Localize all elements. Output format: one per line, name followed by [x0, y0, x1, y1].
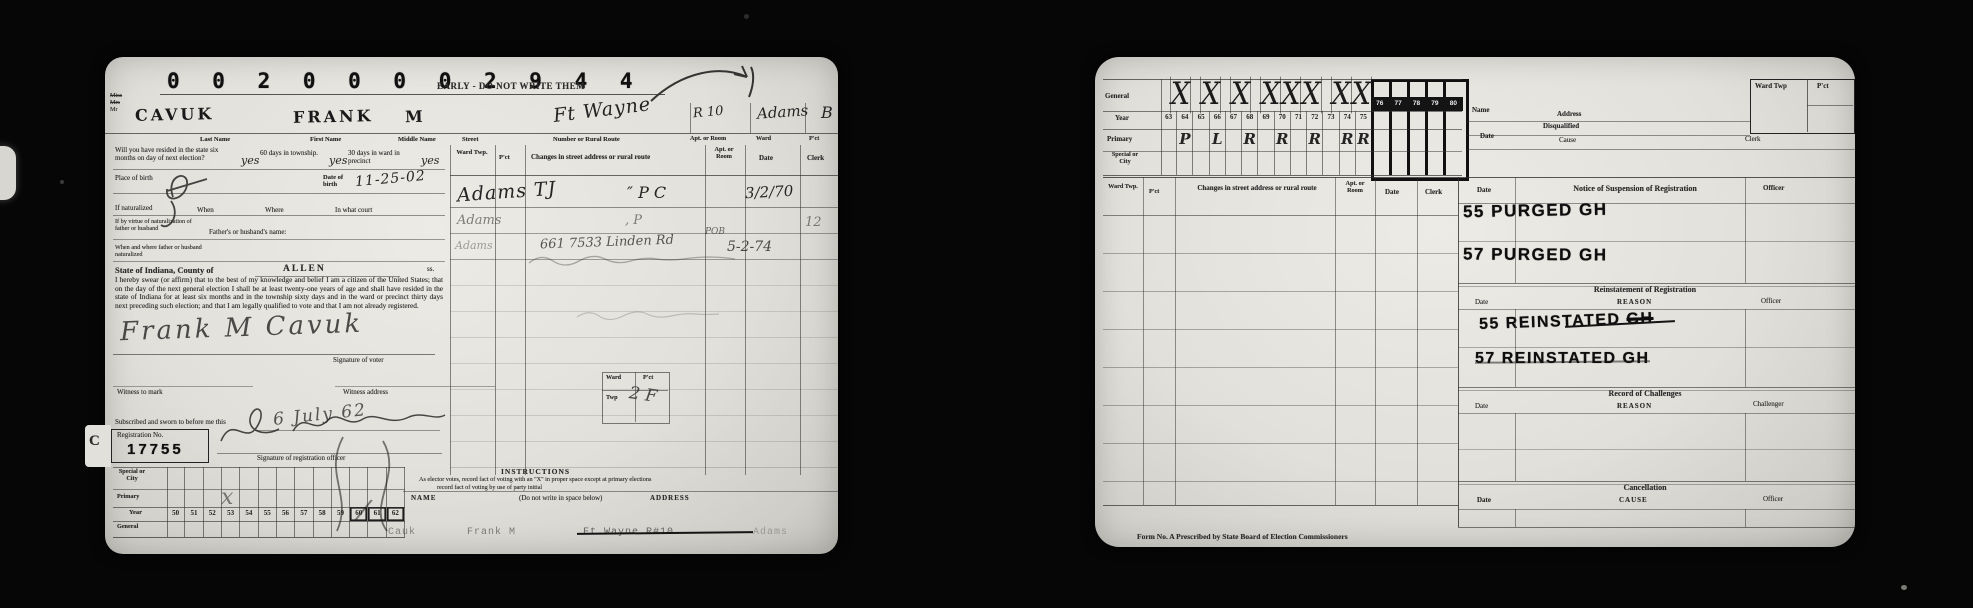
grid-cell [1258, 129, 1274, 151]
rule [1103, 215, 1458, 216]
label-ward: Ward [756, 136, 771, 143]
rule [450, 145, 451, 475]
rule [1375, 177, 1376, 505]
grid-cell: X [1301, 77, 1321, 114]
label-cause: Cause [1559, 137, 1576, 145]
label-signature-of-voter: Signature of voter [333, 357, 384, 365]
rule [1103, 129, 1462, 130]
grid-cell [295, 467, 313, 489]
grid-cell: X [1231, 77, 1251, 114]
grid-cell [387, 467, 405, 489]
rule [1161, 79, 1162, 175]
grid-cell [185, 489, 203, 507]
label-if-naturalized: If naturalized [115, 205, 153, 213]
grid-cell [1177, 151, 1193, 175]
grid-cell [259, 521, 277, 537]
label-where: Where [265, 207, 284, 215]
grid-cell: 74 [1340, 111, 1356, 129]
grid-cell: 71 [1291, 111, 1307, 129]
grid-cell: 64 [1177, 111, 1193, 129]
rule [450, 259, 838, 260]
grid-cell [332, 521, 350, 537]
th-ward-twp: Ward Twp. [1107, 184, 1139, 191]
grid-cell [1161, 151, 1177, 175]
th-clerk: Clerk [1425, 189, 1442, 197]
rule [1745, 509, 1746, 527]
answer-2: yes [329, 154, 347, 167]
grid-cell: X [1171, 77, 1191, 114]
grid-label-special: Special or City [117, 469, 147, 483]
grid-cell [314, 467, 332, 489]
rule [745, 145, 746, 475]
mini-ward-label: Ward [606, 375, 621, 382]
label-naturalization-father: If by virtue of naturalization of father… [115, 219, 203, 233]
rule [1103, 481, 1458, 482]
grid-cell [1356, 151, 1372, 175]
th-changes: Changes in street address or rural route [531, 154, 703, 162]
rule [160, 94, 665, 95]
pencil-scribble [573, 305, 743, 325]
cancellation-date-label: Date [1477, 497, 1491, 505]
voter-signature: Frank M Cavuk [120, 309, 364, 347]
grid-cell [368, 521, 386, 537]
rule [113, 386, 253, 387]
rule [113, 193, 445, 194]
th-date: Date [1385, 189, 1399, 197]
grid-label-primary: Primary [117, 494, 139, 501]
grid-cell [332, 467, 350, 489]
rule [1745, 177, 1746, 283]
label-subscribed-sworn: Subscribed and sworn to before me this [115, 419, 226, 427]
typed-first-name: Frank M [467, 527, 516, 538]
grid-cell [259, 489, 277, 507]
grid-cell: 54 [240, 507, 258, 521]
rule [1458, 241, 1855, 242]
rule [602, 390, 668, 391]
film-speck [744, 14, 749, 19]
rule [1467, 149, 1855, 150]
rule [1103, 505, 1458, 506]
rule [1458, 387, 1855, 388]
rule [525, 145, 526, 475]
label-date-of-birth: Date of birth [323, 175, 355, 189]
grid-cell [204, 489, 222, 507]
written-last-name: CAVUK [135, 104, 215, 125]
rule [495, 145, 496, 475]
label-ward-twp: Ward Twp [1755, 83, 1789, 91]
grid-label-special: Special or City [1109, 152, 1141, 166]
th-date: Date [759, 155, 773, 163]
rule [1103, 291, 1458, 292]
grid-cell [368, 489, 386, 507]
bold-year-divider [1425, 79, 1428, 175]
grid-cell: 73 [1323, 111, 1339, 129]
reinstated-stamp-57: 57 REINSTATED GH [1475, 350, 1650, 368]
grid-cell: R [1275, 129, 1291, 151]
rule [1515, 309, 1516, 387]
grid-cell [240, 489, 258, 507]
label-father-husband-name: Father's or husband's name: [209, 229, 286, 237]
grid-cell [1251, 77, 1261, 114]
answer-3: yes [421, 154, 439, 167]
grid-cell [277, 521, 295, 537]
rule [1458, 390, 1855, 391]
grid-cell: 67 [1226, 111, 1242, 129]
rule [450, 175, 838, 176]
th-pct: P'ct [1149, 189, 1159, 196]
challenges-challenger-label: Challenger [1753, 401, 1784, 409]
th-changes: Changes in street address or rural route [1183, 185, 1331, 193]
reinstatement-officer-label: Officer [1761, 298, 1781, 306]
rule [450, 363, 838, 364]
grid-cell [277, 489, 295, 507]
grid-row-special [167, 467, 405, 489]
grid-cell [1161, 77, 1171, 114]
grid-row-general-marks: XXXXXXXX [1161, 79, 1372, 111]
grid-cell [1340, 151, 1356, 175]
rule [217, 453, 442, 454]
rule [1458, 509, 1855, 510]
grid-cell [295, 489, 313, 507]
grid-cell [1221, 77, 1231, 114]
challenges-title: Record of Challenges [1555, 390, 1735, 399]
grid-cell: 66 [1210, 111, 1226, 129]
grid-label-primary: Primary [1107, 136, 1132, 144]
rule [1458, 413, 1855, 414]
grid-cell: 57 [295, 507, 313, 521]
voter-registration-card-front: 0 0 2 0 0 0 0 2 9 4 4 EARLY - DO NOT WRI… [105, 57, 838, 554]
bold-year-divider [1389, 79, 1392, 175]
affidavit-text: I hereby swear (or affirm) that to the b… [115, 276, 443, 310]
challenges-reason-label: REASON [1617, 403, 1652, 411]
pencil-scribble [525, 249, 760, 271]
written-first-name: FRANK [293, 106, 374, 127]
rule [450, 285, 838, 286]
label-corner-pct: P'ct [1817, 83, 1829, 91]
county-value: ALLEN [283, 264, 326, 275]
grid-cell: X [1352, 77, 1372, 114]
rule [1458, 484, 1855, 485]
grid-cell: X [1332, 77, 1352, 114]
rule [113, 537, 405, 538]
rule [450, 337, 838, 338]
label-witness-to-mark: Witness to mark [117, 389, 163, 397]
rule [805, 103, 806, 133]
rule [1515, 509, 1516, 527]
grid-cell: 56 [277, 507, 295, 521]
cancellation-title: Cancellation [1565, 484, 1725, 493]
written-date-of-birth: 11-25-02 [354, 168, 426, 190]
grid-cell [167, 521, 185, 537]
rule [113, 215, 445, 216]
rule [1143, 177, 1144, 505]
question-60-days: 60 days in township. [260, 150, 328, 158]
rule [450, 467, 838, 468]
question-resided-state: Will you have resided in the state six m… [115, 147, 237, 163]
rule [403, 491, 838, 492]
rule [750, 103, 751, 133]
grid-cell: 70 [1275, 111, 1291, 129]
do-not-write-notice: EARLY - DO NOT WRITE THEM [437, 81, 585, 91]
rule [1745, 413, 1746, 481]
label-in-what-court: In what court [335, 207, 372, 215]
rule [113, 261, 445, 262]
voter-registration-card-back: General Year Primary Special or City XXX… [1095, 57, 1855, 547]
suspension-officer-label: Officer [1763, 185, 1784, 193]
grid-cell: 75 [1356, 111, 1372, 129]
grid-cell [167, 467, 185, 489]
row2-changes-written: , P [625, 213, 642, 228]
grid-cell: 63 [1161, 111, 1177, 129]
written-middle-name: M [405, 107, 426, 126]
grid-cell [1291, 151, 1307, 175]
rule [1335, 177, 1336, 505]
rule [705, 145, 706, 475]
grid-cell: 76 [1371, 97, 1389, 111]
grid-cell [1191, 77, 1201, 114]
rule [1807, 105, 1853, 106]
grid-cell: 52 [204, 507, 222, 521]
reinstated-55-struck: GH [1626, 310, 1654, 328]
grid-cell: 58 [314, 507, 332, 521]
label-street: Street [462, 136, 478, 143]
rule [113, 489, 405, 490]
rule [1103, 175, 1462, 176]
film-speck [1901, 585, 1907, 590]
rule [1745, 309, 1746, 387]
grid-cell: 79 [1426, 97, 1444, 111]
label-disqualified: Disqualified [1543, 123, 1579, 131]
grid-cell [1322, 77, 1332, 114]
mini-written-value: 2 F [628, 383, 659, 407]
rule [113, 169, 445, 170]
row2-clerk-written: 12 [805, 215, 822, 230]
rule [1458, 283, 1855, 284]
rule [113, 239, 445, 240]
film-sprocket-artifact [0, 146, 16, 200]
grid-label-general: General [1105, 93, 1129, 101]
grid-cell [1193, 151, 1209, 175]
salutation-mr: Mr [110, 107, 118, 114]
grid-cell [1193, 129, 1209, 151]
written-number: R 10 [692, 104, 724, 122]
cancellation-cause-label: CAUSE [1619, 497, 1648, 505]
rule [113, 521, 405, 522]
grid-cell [295, 521, 313, 537]
grid-cell [277, 467, 295, 489]
rule [450, 415, 838, 416]
label-pct: P'ct [809, 136, 819, 143]
label-name: Name [1472, 107, 1490, 115]
rule [1103, 329, 1458, 330]
grid-cell: R [1356, 129, 1372, 151]
rule [1103, 405, 1458, 406]
th-clerk: Clerk [807, 155, 824, 163]
written-ward: Adams [756, 101, 808, 123]
grid-cell [332, 489, 350, 507]
grid-cell [1161, 129, 1177, 151]
rule [1103, 253, 1458, 254]
rule [450, 207, 838, 208]
rule [1458, 449, 1855, 450]
suspension-title: Notice of Suspension of Registration [1535, 185, 1735, 194]
th-ward-twp: Ward Twp. [453, 149, 491, 156]
rule [690, 103, 691, 133]
rule [450, 311, 838, 312]
rule [167, 467, 168, 537]
row1-changes-written: ″ P C [627, 183, 666, 202]
grid-row-primary-marks: PLRRRRR [1161, 129, 1372, 151]
grid-cell [204, 467, 222, 489]
grid-cell: 69 [1258, 111, 1274, 129]
label-do-not-write: (Do not write in space below) [519, 495, 602, 503]
reinstated-55-main: 55 REINSTATED [1479, 311, 1621, 333]
rule [1458, 481, 1855, 482]
grid-cell: 50 [167, 507, 185, 521]
grid-cell: X [1261, 77, 1281, 114]
grid-cell [368, 467, 386, 489]
rule [1103, 151, 1462, 152]
rule [113, 354, 435, 355]
rule [1458, 286, 1855, 287]
grid-cell: 62 [387, 507, 405, 521]
bold-year-divider [1443, 79, 1446, 175]
rule [450, 233, 838, 234]
rule [1515, 177, 1516, 283]
reinstatement-date-label: Date [1475, 299, 1488, 307]
grid-cell [1210, 151, 1226, 175]
instructions-line1: As elector votes, record fact of voting … [419, 477, 829, 484]
rule [1458, 309, 1855, 310]
grid-cell [1307, 151, 1323, 175]
reinstatement-title: Reinstatement of Registration [1545, 286, 1745, 295]
rule [1467, 121, 1750, 122]
label-address: ADDRESS [650, 495, 690, 503]
rule [113, 507, 405, 508]
grid-cell [1291, 129, 1307, 151]
cancellation-officer-label: Officer [1763, 496, 1783, 504]
row1-ward-written: Adams TJ [456, 178, 557, 207]
label-when-where-naturalized: When and where father or husband natural… [115, 245, 225, 259]
county-ss: ss. [427, 266, 434, 274]
grid-cell: P [1177, 129, 1193, 151]
rule [105, 133, 838, 134]
grid-cell: 61 [368, 507, 386, 521]
grid-cell: 77 [1389, 97, 1407, 111]
grid-cell: 78 [1408, 97, 1426, 111]
grid-cell [1242, 151, 1258, 175]
grid-cell: 65 [1193, 111, 1209, 129]
grid-cell: R [1340, 129, 1356, 151]
grid-cell: 72 [1307, 111, 1323, 129]
label-first-name: First Name [310, 136, 341, 143]
rule [1417, 177, 1418, 505]
rule [1103, 79, 1462, 80]
film-speck [60, 180, 64, 184]
written-street: Ft Wayne [552, 93, 652, 127]
grid-cell [240, 467, 258, 489]
rule [1458, 527, 1855, 528]
margin-letter: C [89, 433, 100, 450]
grid-cell: L [1210, 129, 1226, 151]
grid-cell [240, 521, 258, 537]
grid-cell [185, 521, 203, 537]
bold-year-divider [1407, 79, 1410, 175]
rule [1103, 177, 1855, 178]
label-when: When [197, 207, 214, 215]
grid-label-year: Year [1115, 115, 1129, 123]
row1-date-written: 3/2/70 [745, 182, 794, 203]
bold-year-box [1371, 79, 1469, 181]
mini-pct-label: P'ct [643, 375, 653, 382]
challenges-date-label: Date [1475, 403, 1488, 411]
rule [1515, 413, 1516, 481]
row3-ward-written: Adams [455, 239, 493, 252]
written-pct: B [821, 103, 833, 122]
grid-cell [1323, 129, 1339, 151]
rule [255, 276, 400, 277]
grid-cell [1323, 151, 1339, 175]
rule [1103, 443, 1458, 444]
grid-cell: 51 [185, 507, 203, 521]
grid-cell [1226, 151, 1242, 175]
microfilm-scan: 0 0 2 0 0 0 0 2 9 4 4 EARLY - DO NOT WRI… [0, 0, 1973, 608]
rule [1175, 177, 1176, 505]
rule [1467, 135, 1750, 136]
rule [1458, 177, 1459, 527]
answer-1: yes [241, 154, 259, 167]
rule [1103, 111, 1462, 112]
grid-cell: 55 [259, 507, 277, 521]
grid-row-years: 50515253545556575859606162 [167, 507, 405, 521]
reinstatement-reason-label: REASON [1617, 299, 1652, 307]
grid-cell [1226, 129, 1242, 151]
grid-cell [314, 489, 332, 507]
label-last-name: Last Name [200, 136, 230, 143]
grid-cell [204, 521, 222, 537]
grid-row-special [1161, 151, 1372, 175]
th-apt-room: Apt. or Room [707, 147, 741, 161]
rule [450, 441, 838, 442]
rule [1103, 367, 1458, 368]
label-clerk: Clerk [1745, 136, 1761, 144]
grid-row-years: 63646566676869707172737475 [1161, 111, 1372, 129]
bold-year-strip: 7677787980 [1371, 97, 1463, 111]
rule [800, 145, 801, 475]
grid-cell [167, 489, 185, 507]
grid-cell [1258, 151, 1274, 175]
grid-cell: X [1201, 77, 1221, 114]
rule [1458, 347, 1855, 348]
rule [1458, 203, 1855, 204]
grid-row-general [167, 521, 405, 537]
registration-number: 17755 [127, 441, 184, 458]
mini-twp-label: Twp [606, 395, 618, 402]
grid-cell: 68 [1242, 111, 1258, 129]
rule [113, 467, 405, 468]
grid-cell [259, 467, 277, 489]
purged-stamp-57: 57 PURGED GH [1463, 244, 1608, 265]
grid-cell [350, 467, 368, 489]
grid-cell: R [1307, 129, 1323, 151]
suspension-date-label: Date [1477, 187, 1491, 195]
grid-cell: 59 [332, 507, 350, 521]
grid-cell: X [1281, 77, 1301, 114]
grid-label-general: General [117, 524, 138, 531]
row3-note-written: POB [705, 227, 725, 237]
grid-cell [1275, 151, 1291, 175]
label-number-rural-route: Number or Rural Route [553, 136, 620, 143]
